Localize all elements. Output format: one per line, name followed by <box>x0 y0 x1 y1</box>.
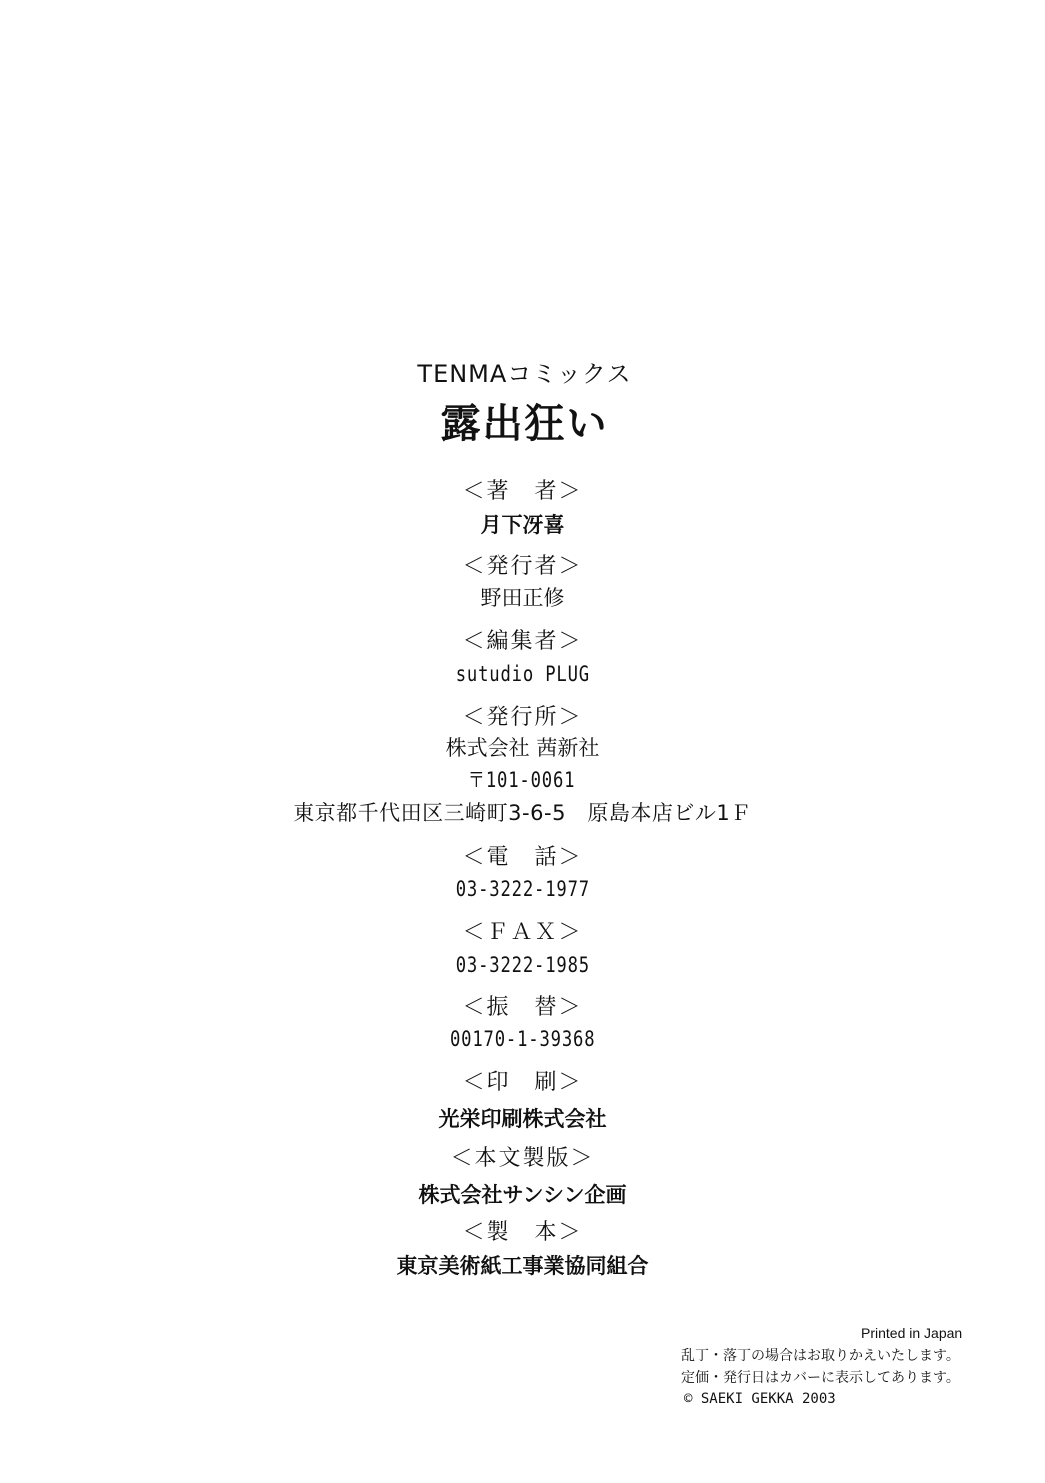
printing-company: 光栄印刷株式会社 <box>0 1109 1045 1130</box>
price-notice: 定価・発行日はカバーに表示してあります。 <box>681 1371 993 1385</box>
publisher-person-label: ＜発行者＞ <box>0 556 1045 578</box>
prepress-company: 株式会社サンシン企画 <box>0 1185 1045 1206</box>
phone-number: 03-3222-1977 <box>0 879 1045 900</box>
fax-number-text: 03-3222-1985 <box>455 955 589 976</box>
phone-label: ＜電 話＞ <box>0 847 1045 869</box>
publisher-address: 東京都千代田区三崎町3-6-5 原島本店ビル1Ｆ <box>0 803 1045 824</box>
publisher-person-name: 野田正修 <box>0 588 1045 609</box>
editor-name-text: sutudio PLUG <box>455 664 589 685</box>
binding-label: ＜製 本＞ <box>0 1222 1045 1244</box>
copyright: © SAEKI GEKKA 2003 <box>684 1392 993 1406</box>
prepress-label: ＜本文製版＞ <box>0 1148 1045 1170</box>
book-title: 露出狂い <box>2 404 1045 444</box>
series-name: TENMAコミックス <box>2 362 1045 386</box>
binding-company: 東京美術紙工事業協同組合 <box>0 1256 1045 1277</box>
transfer-account-text: 00170-1-39368 <box>450 1029 595 1050</box>
fax-number: 03-3222-1985 <box>0 955 1045 976</box>
postal-code-text: 〒101-0061 <box>468 770 576 791</box>
postal-code: 〒101-0061 <box>0 770 1044 791</box>
editor-label: ＜編集者＞ <box>0 631 1045 653</box>
publisher-label: ＜発行所＞ <box>0 707 1045 729</box>
editor-name: sutudio PLUG <box>0 664 1045 685</box>
author-label: ＜著 者＞ <box>0 481 1045 503</box>
transfer-account: 00170-1-39368 <box>0 1029 1045 1050</box>
transfer-label: ＜振 替＞ <box>0 997 1045 1019</box>
fax-label: ＜ＦＡＸ＞ <box>0 922 1045 944</box>
phone-number-text: 03-3222-1977 <box>455 879 589 900</box>
printed-in-japan: Printed in Japan <box>861 1326 993 1340</box>
defect-notice: 乱丁・落丁の場合はお取りかえいたします。 <box>681 1349 993 1363</box>
printing-label: ＜印 刷＞ <box>0 1072 1045 1094</box>
publisher-company: 株式会社 茜新社 <box>0 738 1045 759</box>
author-name: 月下冴喜 <box>0 515 1045 536</box>
